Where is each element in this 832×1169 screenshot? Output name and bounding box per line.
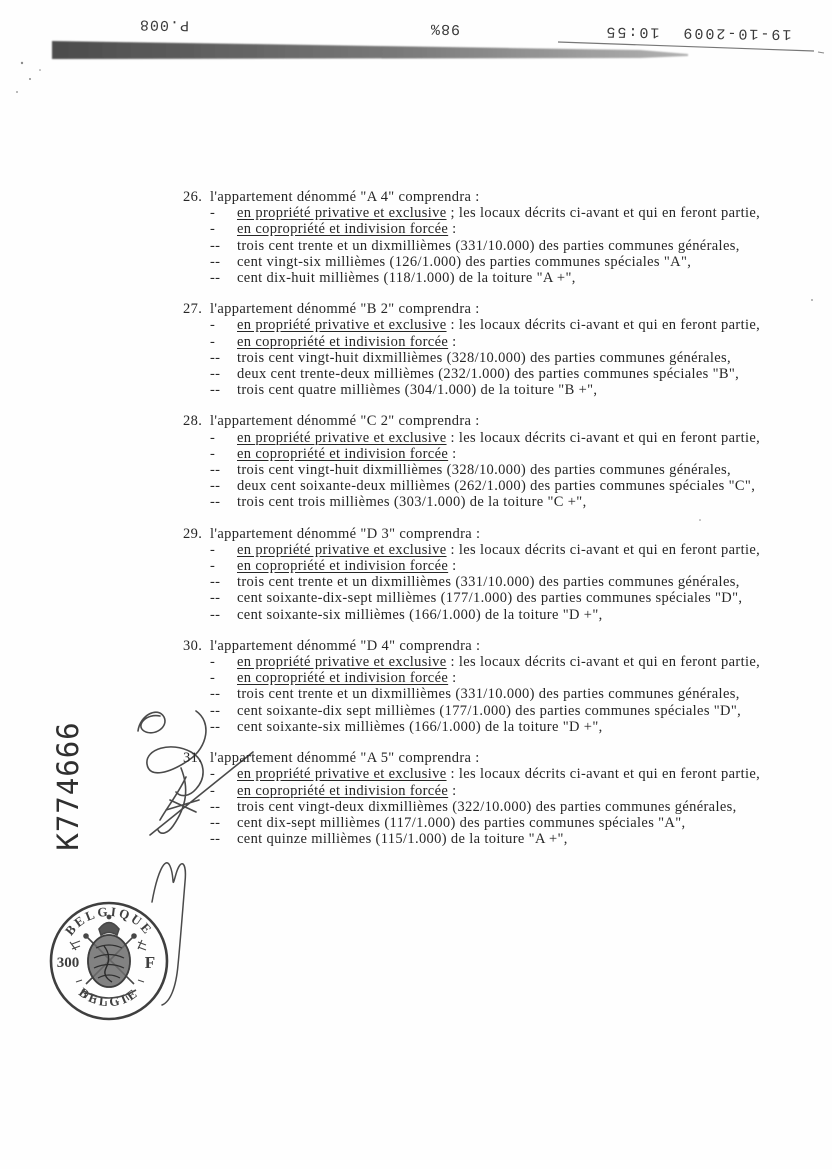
clause-marker: - bbox=[210, 670, 237, 686]
clause-text: cent vingt-six millièmes (126/1.000) des… bbox=[237, 254, 787, 270]
clause-text: cent dix-huit millièmes (118/1.000) de l… bbox=[237, 270, 787, 286]
clause-text: deux cent soixante-deux millièmes (262/1… bbox=[237, 478, 787, 494]
clause-marker: -- bbox=[210, 462, 237, 478]
item-title: l'appartement dénommé "A 4" comprendra : bbox=[210, 189, 480, 205]
deed-item: 28. l'appartement dénommé "C 2" comprend… bbox=[183, 413, 787, 510]
clause-marker: -- bbox=[210, 350, 237, 366]
item-number: 30. bbox=[183, 638, 210, 654]
item-title: l'appartement dénommé "A 5" comprendra : bbox=[210, 750, 480, 766]
clause-marker: -- bbox=[210, 831, 237, 847]
serial-number-stamp: K774666 bbox=[51, 721, 85, 850]
clause-marker: - bbox=[210, 334, 237, 350]
clause-text: en propriété privative et exclusive : le… bbox=[237, 430, 787, 446]
clause-marker: - bbox=[210, 317, 237, 333]
fax-quality-percent: 98% bbox=[420, 20, 470, 38]
clause-text: trois cent quatre millièmes (304/1.000) … bbox=[237, 382, 787, 398]
clause-text: trois cent trente et un dixmillièmes (33… bbox=[237, 686, 787, 702]
clause-text: trois cent vingt-deux dixmillièmes (322/… bbox=[237, 799, 787, 815]
clause-marker: - bbox=[210, 221, 237, 237]
clause-text: cent soixante-dix sept millièmes (177/1.… bbox=[237, 703, 787, 719]
item-title: l'appartement dénommé "C 2" comprendra : bbox=[210, 413, 480, 429]
clause-text: cent quinze millièmes (115/1.000) de la … bbox=[237, 831, 787, 847]
item-number: 26. bbox=[183, 189, 210, 205]
item-number: 27. bbox=[183, 301, 210, 317]
clause-text: cent soixante-six millièmes (166/1.000) … bbox=[237, 607, 787, 623]
clause-text: en copropriété et indivision forcée : bbox=[237, 670, 787, 686]
deed-item: 30. l'appartement dénommé "D 4" comprend… bbox=[183, 638, 787, 735]
clause-text: deux cent trente-deux millièmes (232/1.0… bbox=[237, 366, 787, 382]
clause-marker: -- bbox=[210, 590, 237, 606]
clause-text: en propriété privative et exclusive : le… bbox=[237, 542, 787, 558]
clause-marker: - bbox=[210, 430, 237, 446]
belgian-revenue-stamp: BELGIQUE BELGIE 300 F bbox=[46, 898, 172, 1024]
fax-page-number: P.008 bbox=[133, 16, 195, 34]
deed-item: 27. l'appartement dénommé "B 2" comprend… bbox=[183, 301, 787, 398]
clause-text: trois cent vingt-huit dixmillièmes (328/… bbox=[237, 462, 787, 478]
clause-marker: -- bbox=[210, 799, 237, 815]
clause-marker: -- bbox=[210, 366, 237, 382]
clause-text: trois cent vingt-huit dixmillièmes (328/… bbox=[237, 350, 787, 366]
clause-text: en copropriété et indivision forcée : bbox=[237, 334, 787, 350]
deed-text-block: 26. l'appartement dénommé "A 4" comprend… bbox=[183, 189, 787, 862]
clause-marker: -- bbox=[210, 382, 237, 398]
clause-marker: - bbox=[210, 766, 237, 782]
clause-text: en copropriété et indivision forcée : bbox=[237, 446, 787, 462]
item-number: 28. bbox=[183, 413, 210, 429]
stamp-currency-letter: F bbox=[145, 953, 155, 972]
item-title: l'appartement dénommé "B 2" comprendra : bbox=[210, 301, 480, 317]
clause-text: en propriété privative et exclusive : le… bbox=[237, 317, 787, 333]
clause-text: cent dix-sept millièmes (117/1.000) des … bbox=[237, 815, 787, 831]
clause-marker: -- bbox=[210, 686, 237, 702]
clause-marker: -- bbox=[210, 254, 237, 270]
scanned-fax-page: 19-10-2009 10:55 98% P.008 bbox=[0, 0, 832, 1169]
clause-text: en copropriété et indivision forcée : bbox=[237, 783, 787, 799]
clause-marker: -- bbox=[210, 719, 237, 735]
clause-text: cent soixante-six millièmes (166/1.000) … bbox=[237, 719, 787, 735]
clause-text: en propriété privative et exclusive : le… bbox=[237, 766, 787, 782]
clause-marker: -- bbox=[210, 494, 237, 510]
deed-item: 26. l'appartement dénommé "A 4" comprend… bbox=[183, 189, 787, 286]
clause-marker: - bbox=[210, 654, 237, 670]
clause-text: en propriété privative et exclusive : le… bbox=[237, 654, 787, 670]
item-number: 31. bbox=[183, 750, 210, 766]
item-number: 29. bbox=[183, 526, 210, 542]
clause-marker: - bbox=[210, 446, 237, 462]
clause-text: en copropriété et indivision forcée : bbox=[237, 221, 787, 237]
item-title: l'appartement dénommé "D 4" comprendra : bbox=[210, 638, 480, 654]
fax-timestamp: 19-10-2009 10:55 bbox=[588, 22, 808, 42]
deed-item: 31. l'appartement dénommé "A 5" comprend… bbox=[183, 750, 787, 847]
clause-marker: -- bbox=[210, 270, 237, 286]
clause-text: en copropriété et indivision forcée : bbox=[237, 558, 787, 574]
deed-item: 29. l'appartement dénommé "D 3" comprend… bbox=[183, 526, 787, 623]
item-title: l'appartement dénommé "D 3" comprendra : bbox=[210, 526, 480, 542]
clause-text: cent soixante-dix-sept millièmes (177/1.… bbox=[237, 590, 787, 606]
clause-marker: -- bbox=[210, 607, 237, 623]
clause-marker: - bbox=[210, 542, 237, 558]
clause-marker: -- bbox=[210, 238, 237, 254]
clause-marker: - bbox=[210, 205, 237, 221]
fax-smudge-line bbox=[52, 41, 824, 59]
clause-marker: - bbox=[210, 783, 237, 799]
clause-text: en propriété privative et exclusive ; le… bbox=[237, 205, 787, 221]
clause-marker: -- bbox=[210, 703, 237, 719]
clause-marker: -- bbox=[210, 574, 237, 590]
clause-text: trois cent trois millièmes (303/1.000) d… bbox=[237, 494, 787, 510]
stamp-value: 300 bbox=[57, 955, 80, 971]
clause-text: trois cent trente et un dixmillièmes (33… bbox=[237, 238, 787, 254]
clause-marker: -- bbox=[210, 815, 237, 831]
clause-marker: - bbox=[210, 558, 237, 574]
clause-text: trois cent trente et un dixmillièmes (33… bbox=[237, 574, 787, 590]
clause-marker: -- bbox=[210, 478, 237, 494]
